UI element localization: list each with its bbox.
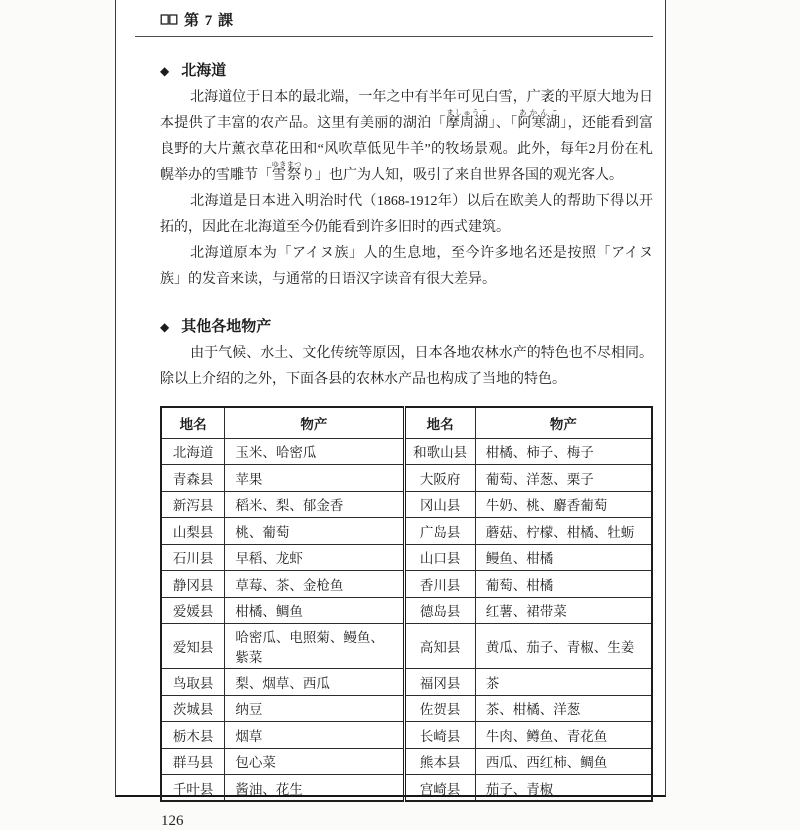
prefecture-cell: 熊本县 [404,748,475,775]
prefecture-cell: 德岛县 [404,597,475,624]
ruby-lake-mashu: 摩周湖ましゅうこ [446,116,489,131]
prefecture-cell: 冈山县 [404,491,475,518]
prefecture-cell: 茨城县 [161,695,225,722]
prefecture-cell: 栃木县 [161,722,225,749]
table-row: 千叶县酱油、花生宫崎县茄子、青椒 [161,775,652,802]
paragraph-ainu: 北海道原本为「アイヌ族」人的生息地，至今许多地名还是按照「アイヌ族」的发音来读，… [160,241,653,293]
lesson-title: 第 7 課 [184,9,234,30]
products-cell: 纳豆 [225,695,404,722]
table-row: 茨城县纳豆佐贺县茶、柑橘、洋葱 [161,695,652,722]
section-heading-hokkaido: ◆ 北海道 [160,59,653,83]
table-row: 石川县早稻、龙虾山口县鳗鱼、柑橘 [161,544,652,571]
ruby-furigana: ましゅうこ [446,108,489,117]
prefecture-cell: 宫崎县 [404,775,475,802]
column-header-place: 地名 [161,407,225,438]
prefecture-cell: 广岛县 [404,518,475,545]
table-row: 鸟取县梨、烟草、西瓜福冈县茶 [161,669,652,696]
products-cell: 酱油、花生 [225,775,404,802]
prefecture-cell: 大阪府 [404,465,475,492]
products-cell: 西瓜、西红柿、鲷鱼 [475,748,652,775]
ruby-furigana: ゆきまつ [272,160,302,169]
products-cell: 哈密瓜、电照菊、鳗鱼、紫菜 [225,624,404,669]
table-row: 青森县苹果大阪府葡萄、洋葱、栗子 [161,465,652,492]
table-row: 栃木县烟草长崎县牛肉、鳟鱼、青花鱼 [161,722,652,749]
section-title: 北海道 [181,59,226,83]
table-row: 静冈县草莓、茶、金枪鱼香川县葡萄、柑橘 [161,571,652,598]
prefecture-cell: 青森县 [161,465,225,492]
section-title: 其他各地物产 [181,315,271,339]
ruby-furigana: あかんこ [517,108,560,117]
products-cell: 柑橘、柿子、梅子 [475,438,652,465]
products-cell: 牛奶、桃、麝香葡萄 [475,491,652,518]
products-table: 地名 物产 地名 物产 北海道玉米、哈密瓜和歌山县柑橘、柿子、梅子青森县苹果大阪… [160,406,653,802]
products-cell: 包心菜 [225,748,404,775]
prefecture-cell: 高知县 [404,624,475,669]
table-row: 爱媛县柑橘、鲷鱼德岛县红薯、裙带菜 [161,597,652,624]
table-row: 新泻县稻米、梨、郁金香冈山县牛奶、桃、麝香葡萄 [161,491,652,518]
products-cell: 黄瓜、茄子、青椒、生姜 [475,624,652,669]
products-cell: 牛肉、鳟鱼、青花鱼 [475,722,652,749]
prefecture-cell: 爱知县 [161,624,225,669]
products-cell: 葡萄、洋葱、栗子 [475,465,652,492]
table-header-row: 地名 物产 地名 物产 [161,407,652,438]
ruby-base: 摩周湖 [446,116,489,131]
column-header-products: 物产 [475,407,652,438]
ruby-snow-festival: 雪祭ゆきまつ [272,168,301,183]
prefecture-cell: 北海道 [161,438,225,465]
products-cell: 葡萄、柑橘 [475,571,652,598]
products-table-body: 北海道玉米、哈密瓜和歌山县柑橘、柿子、梅子青森县苹果大阪府葡萄、洋葱、栗子新泻县… [161,438,652,801]
products-cell: 茶 [475,669,652,696]
prefecture-cell: 千叶县 [161,775,225,802]
prefecture-cell: 石川县 [161,544,225,571]
products-cell: 玉米、哈密瓜 [225,438,404,465]
prefecture-cell: 鸟取县 [161,669,225,696]
page-number: 126 [161,813,653,830]
section-heading-other-products: ◆ 其他各地物产 [160,315,653,339]
prefecture-cell: 福冈县 [404,669,475,696]
diamond-bullet: ◆ [160,59,169,83]
products-cell: 苹果 [225,465,404,492]
ruby-lake-akan: 阿寒湖あかんこ [517,116,560,131]
products-cell: 烟草 [225,722,404,749]
paragraph-meiji-era: 北海道是日本进入明治时代（1868-1912年）以后在欧美人的帮助下得以开拓的，… [160,189,653,241]
products-cell: 稻米、梨、郁金香 [225,491,404,518]
products-cell: 蘑菇、柠檬、柑橘、牡蛎 [475,518,652,545]
products-cell: 红薯、裙带菜 [475,597,652,624]
prefecture-cell: 山口县 [404,544,475,571]
column-header-products: 物产 [225,407,404,438]
page-header: 第 7 課 [135,6,653,37]
table-row: 北海道玉米、哈密瓜和歌山县柑橘、柿子、梅子 [161,438,652,465]
table-row: 爱知县哈密瓜、电照菊、鳗鱼、紫菜高知县黄瓜、茄子、青椒、生姜 [161,624,652,669]
diamond-bullet: ◆ [160,315,169,339]
products-cell: 茶、柑橘、洋葱 [475,695,652,722]
prefecture-cell: 静冈县 [161,571,225,598]
products-cell: 茄子、青椒 [475,775,652,802]
products-cell: 桃、葡萄 [225,518,404,545]
paragraph-products-intro: 由于气候、水土、文化传统等原因，日本各地农林水产的特色也不尽相同。除以上介绍的之… [160,341,653,393]
prefecture-cell: 和歌山县 [404,438,475,465]
products-cell: 梨、烟草、西瓜 [225,669,404,696]
products-table-wrap: 地名 物产 地名 物产 北海道玉米、哈密瓜和歌山县柑橘、柿子、梅子青森县苹果大阪… [160,406,653,802]
prefecture-cell: 佐贺县 [404,695,475,722]
book-icon [160,13,178,26]
products-cell: 早稻、龙虾 [225,544,404,571]
prefecture-cell: 群马县 [161,748,225,775]
prefecture-cell: 新泻县 [161,491,225,518]
table-row: 山梨县桃、葡萄广岛县蘑菇、柠檬、柑橘、牡蛎 [161,518,652,545]
products-cell: 柑橘、鲷鱼 [225,597,404,624]
products-cell: 鳗鱼、柑橘 [475,544,652,571]
products-cell: 草莓、茶、金枪鱼 [225,571,404,598]
book-page: 第 7 課 ◆ 北海道 北海道位于日本的最北端，一年之中有半年可见白雪，广袤的平… [115,0,666,797]
ruby-base: 阿寒湖 [517,116,560,131]
table-row: 群马县包心菜熊本县西瓜、西红柿、鲷鱼 [161,748,652,775]
prefecture-cell: 爱媛县 [161,597,225,624]
column-header-place: 地名 [404,407,475,438]
prefecture-cell: 山梨县 [161,518,225,545]
text-segment: り」也广为人知，吸引了来自世界各国的观光客人。 [301,168,623,183]
ruby-base: 雪祭 [272,168,302,183]
prefecture-cell: 长崎县 [404,722,475,749]
paragraph-hokkaido-intro: 北海道位于日本的最北端，一年之中有半年可见白雪，广袤的平原大地为日本提供了丰富的… [160,85,653,189]
prefecture-cell: 香川县 [404,571,475,598]
text-segment: 」、「 [489,116,518,131]
